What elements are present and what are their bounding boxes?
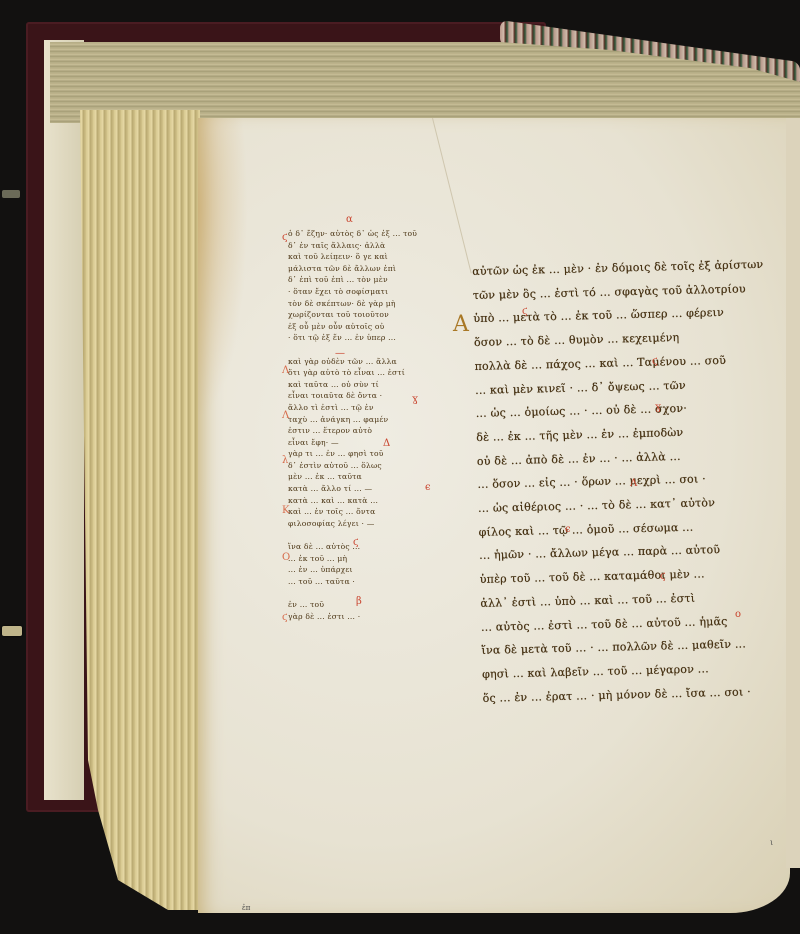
text-line: ... ἐν ... ὑπάρχει	[288, 564, 458, 576]
marginal-siglum: Λ	[282, 410, 289, 421]
marginal-siglum: ϛ	[282, 232, 288, 243]
left-text-column: ὁ δ᾽ ἔζη̣ν· αὐτὸς δ᾽ ὡς ἐξ ... τοῦδ᾽ ἐν …	[288, 228, 458, 622]
marginal-siglum: Ο	[282, 552, 290, 563]
interlinear-rubric: Λ	[630, 478, 637, 489]
text-line: δ᾽ ἐπὶ τοῦ ἐπὶ ... τὸν μὲν	[288, 274, 458, 286]
text-line: καὶ ταῦτα ... οὐ σὺν τί	[288, 379, 458, 391]
interlinear-rubric: ϛ	[353, 537, 359, 548]
line-gap	[288, 587, 458, 599]
interlinear-rubric: ϵ	[425, 482, 431, 493]
illuminated-initial: Α	[453, 312, 469, 337]
text-line: μὲν ... ἐκ ... ταῦτα	[288, 471, 458, 483]
text-line: κατὰ ... καὶ ... κατὰ ...	[288, 495, 458, 507]
text-line: μάλιστα τῶν δὲ ἄλλων ἐπὶ	[288, 263, 458, 275]
page-stain	[198, 118, 248, 418]
clasp-bottom	[2, 626, 22, 636]
text-line: τὸν δὲ σκέπτων· δὲ γὰρ μὴ	[288, 298, 458, 310]
text-line: ἐξ οὗ μὲν οὖν αὐτοῖς οὐ	[288, 321, 458, 333]
interlinear-rubric: ϛ	[660, 571, 666, 582]
text-line: εἶναι ἔφη· —	[288, 437, 458, 449]
interlinear-rubric: Δ	[383, 438, 390, 449]
text-line: γὰρ δὲ ... ἐστι ... ·	[288, 611, 458, 623]
facing-leaf-edge	[786, 118, 800, 868]
folio-number: ι	[770, 838, 773, 847]
text-line: ὅτι γὰρ αὐτὸ τὸ εἶναι ... ἐστί	[288, 367, 458, 379]
text-line: δ᾽ ἐστὶν αὐτοῦ ... ὅλως	[288, 460, 458, 472]
text-line: δ᾽ ἐν ταῖς ἄλλαις· ἀλλὰ	[288, 240, 458, 252]
text-line: κατὰ ... ἄλλο τί ... —	[288, 483, 458, 495]
interlinear-rubric: ϵ	[565, 524, 571, 535]
text-line: ἐστιν ... ἕτερον αὐτὸ	[288, 425, 458, 437]
text-line: ταχὺ ... ἀνάγκη ... φαμέν	[288, 414, 458, 426]
marginal-siglum: ϛ	[282, 612, 288, 623]
interlinear-rubric: ϛ	[652, 356, 658, 367]
interlinear-rubric: ɣ	[655, 402, 661, 413]
clasp-top	[2, 190, 20, 198]
text-line: χωρίζονται τοῦ τοιοῦτον	[288, 309, 458, 321]
text-line: ἵνα δὲ ... αὐτὸς ...	[288, 541, 458, 553]
interlinear-rubric: ɣ	[412, 394, 418, 405]
text-line: γὰρ τι ... ἐν ... φησὶ τοῦ	[288, 448, 458, 460]
text-line: ... τοῦ ... ταῦτα ·	[288, 576, 458, 588]
flyleaf	[44, 40, 84, 800]
bottom-margin-note: ἐπ	[242, 904, 250, 912]
interlinear-rubric: ο	[735, 609, 741, 620]
text-line: · ὅτι τῷ ἐξ ἕν ... ἐν ὑπερ ...	[288, 332, 458, 344]
interlinear-rubric: α	[346, 214, 353, 225]
text-line: ἄλλο τὶ ἐστὶ ... τῷ ἐν	[288, 402, 458, 414]
text-line: ... ἐκ τοῦ ... μὴ	[288, 553, 458, 565]
marginal-siglum: λ	[282, 455, 288, 466]
interlinear-rubric: —	[335, 348, 345, 359]
interlinear-rubric: β	[356, 596, 362, 607]
marginal-siglum: Λ	[282, 365, 289, 376]
line-gap	[288, 529, 458, 541]
text-line: φιλοσοφίας λέγει · —	[288, 518, 458, 530]
text-line: εἶναι τοιαῦτα δὲ ὄντα ·	[288, 390, 458, 402]
marginal-siglum: Κ	[282, 505, 289, 516]
interlinear-rubric: ϛ	[522, 306, 528, 317]
text-line: ἐν ... τοῦ	[288, 599, 458, 611]
text-line: καὶ γὰρ οὐδὲν τῶν ... ἄλλα	[288, 356, 458, 368]
text-line: · ὅταν ἔχ̣ει τὸ σοφίσματι	[288, 286, 458, 298]
text-line: ὁ δ᾽ ἔζη̣ν· αὐτὸς δ᾽ ὡς ἐξ ... τοῦ	[288, 228, 458, 240]
line-gap	[288, 344, 458, 356]
text-line: καὶ τοῦ λείπ̣ειν· ὅ γε καὶ	[288, 251, 458, 263]
text-line: καὶ ... ἐν τοῖς ... ὄντα	[288, 506, 458, 518]
